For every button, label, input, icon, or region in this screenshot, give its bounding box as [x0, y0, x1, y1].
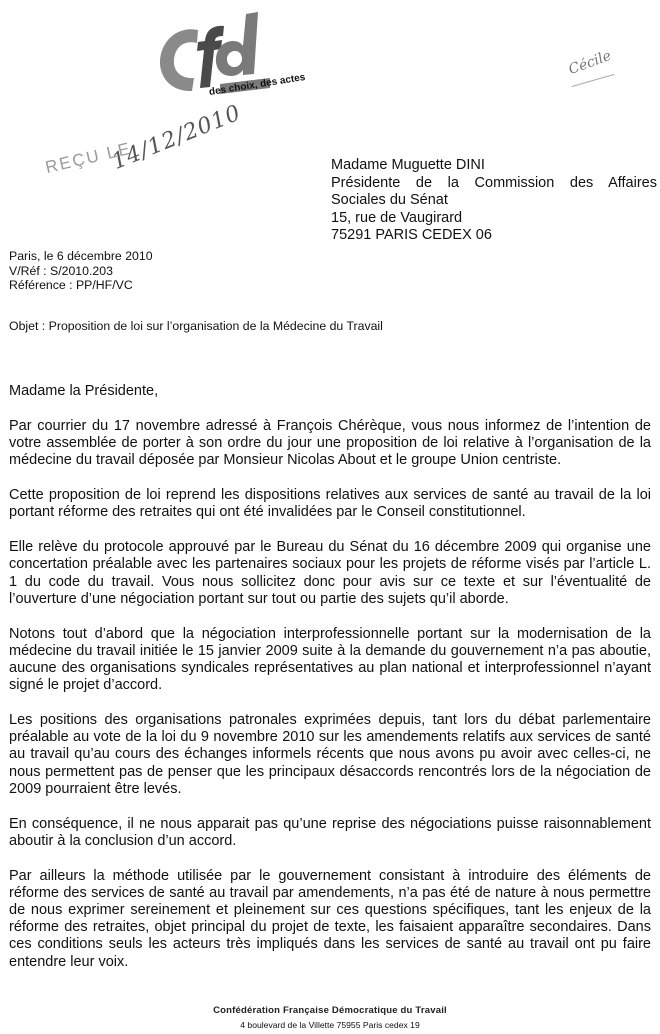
letter-subject: Objet : Proposition de loi sur l’organis… [9, 319, 383, 333]
recipient-title: Présidente de la Commission des Affaires [331, 175, 657, 193]
recipient-title-cont: Sociales du Sénat [331, 192, 657, 210]
recipient-street: 15, rue de Vaugirard [331, 210, 657, 228]
received-date-handwritten: 14/12/2010 [109, 101, 245, 175]
paragraph: Par courrier du 17 novembre adressé à Fr… [9, 418, 651, 470]
letter-body: Par courrier du 17 novembre adressé à Fr… [9, 418, 651, 988]
recipient-city: 75291 PARIS CEDEX 06 [331, 227, 657, 245]
recipient-name: Madame Muguette DINI [331, 157, 657, 175]
recipient-address: Madame Muguette DINI Présidente de la Co… [331, 157, 657, 245]
footer-address: 4 boulevard de la Villette 75955 Paris c… [0, 1020, 660, 1030]
paragraph: Elle relève du protocole approuvé par le… [9, 539, 651, 608]
our-reference: Référence : PP/HF/VC [9, 278, 153, 293]
your-reference: V/Réf : S/2010.203 [9, 264, 153, 279]
paragraph: Les positions des organisations patronal… [9, 712, 651, 798]
letter-references: Paris, le 6 décembre 2010 V/Réf : S/2010… [9, 249, 153, 293]
paragraph: Par ailleurs la méthode utilisée par le … [9, 868, 651, 971]
place-date: Paris, le 6 décembre 2010 [9, 249, 153, 264]
handwritten-annotation: Cécile [567, 48, 614, 78]
salutation: Madame la Présidente, [9, 383, 158, 399]
letter-footer: Confédération Française Démocratique du … [0, 1005, 660, 1030]
footer-organization: Confédération Française Démocratique du … [0, 1005, 660, 1016]
paragraph: En conséquence, il ne nous apparait pas … [9, 816, 651, 850]
paragraph: Cette proposition de loi reprend les dis… [9, 487, 651, 521]
annotation-underline [572, 74, 615, 87]
paragraph: Notons tout d’abord que la négociation i… [9, 626, 651, 695]
